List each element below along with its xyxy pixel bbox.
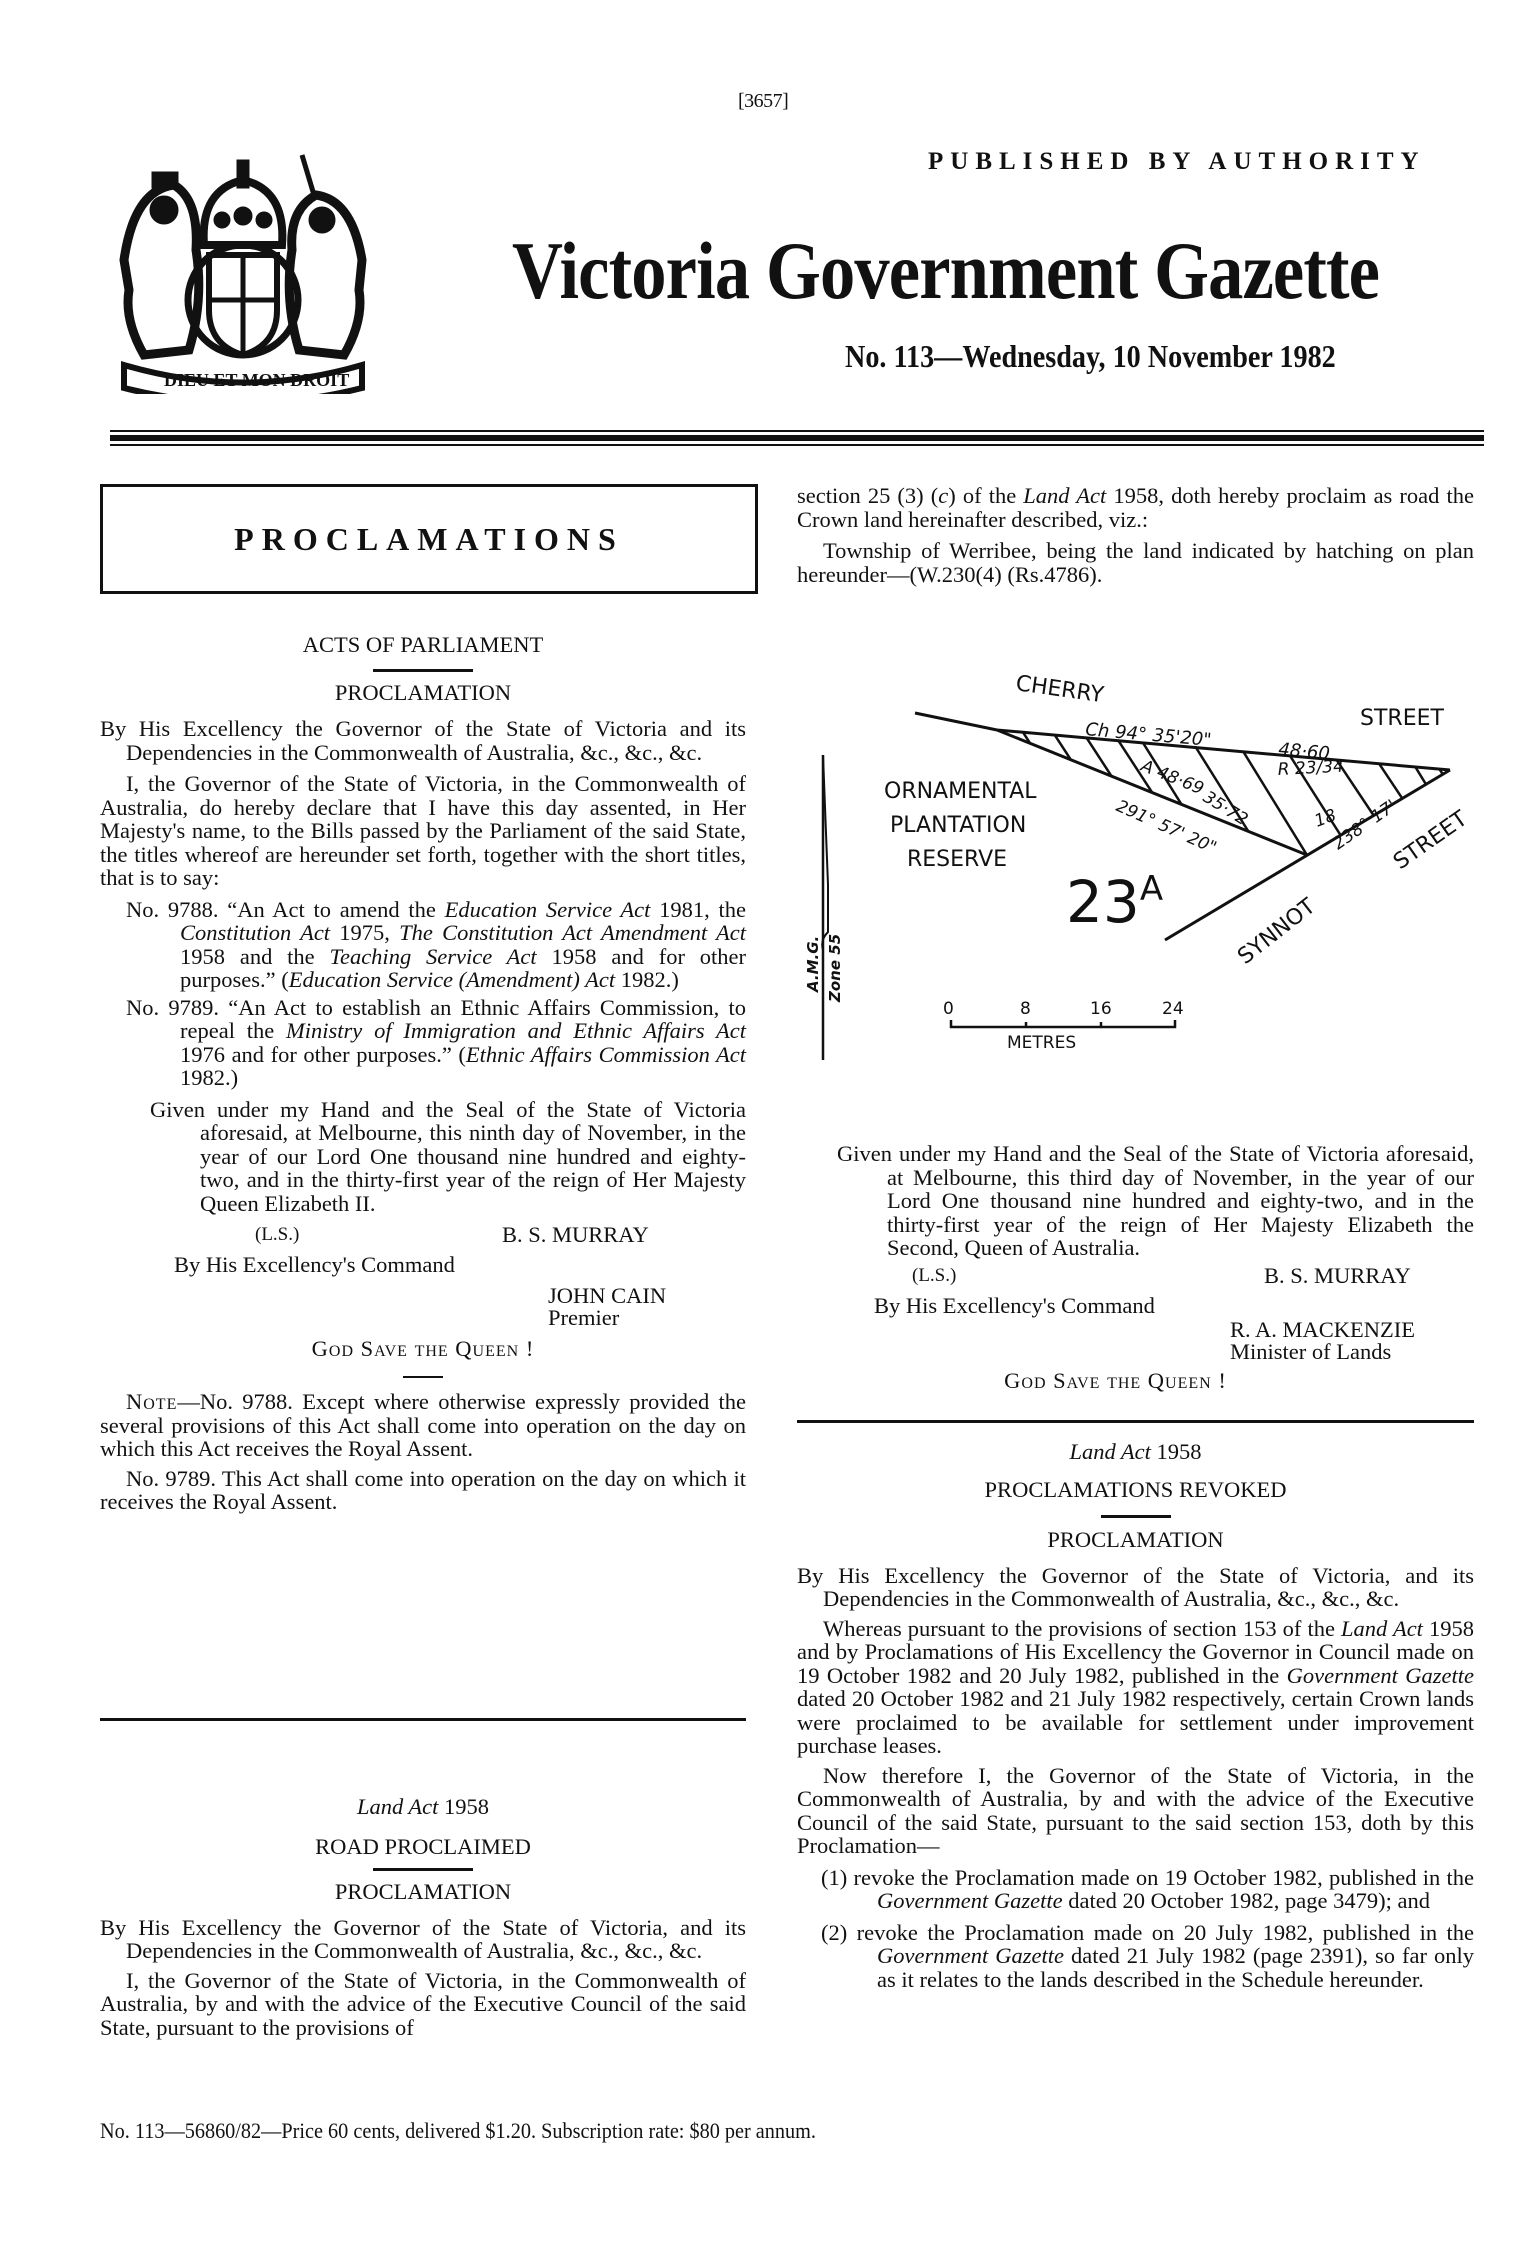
revocation-item-1: (1) revoke the Proclamation made on 19 O… — [797, 1866, 1474, 1913]
act-item-9788: No. 9788. “An Act to amend the Education… — [100, 898, 746, 992]
scale-unit: METRES — [1007, 1033, 1076, 1053]
note-9789: No. 9789. This Act shall come into opera… — [100, 1467, 746, 1514]
masthead-rule-bottom — [110, 444, 1484, 446]
masthead-rule-top — [110, 430, 1484, 432]
section-reference: section 25 (3) (c) of the Land Act 1958,… — [797, 484, 1474, 531]
masthead-rule-thick — [110, 435, 1484, 441]
street-label-street-top: STREET — [1360, 706, 1444, 731]
signatory-title: Minister of Lands — [797, 1341, 1474, 1363]
given-under-hand: Given under my Hand and the Seal of the … — [797, 1142, 1474, 1260]
footer-price-line: No. 113—56860/82—Price 60 cents, deliver… — [100, 2118, 816, 2144]
signatory-name: R. A. MACKENZIE — [797, 1319, 1474, 1341]
bearing-2: 238° 17' — [1329, 796, 1400, 854]
act-reference: Land Act 1958 — [100, 1795, 746, 1819]
heading-proclamations-revoked: PROCLAMATIONS REVOKED — [797, 1478, 1474, 1502]
scale-tick-8: 8 — [1020, 999, 1031, 1019]
chord-bearing: Ch 94° 35'20" — [1085, 719, 1213, 751]
reserve-label-2: PLANTATION — [890, 813, 1026, 838]
declaration: I, the Governor of the State of Victoria… — [100, 772, 746, 890]
act-item-9789: No. 9789. “An Act to establish an Ethnic… — [100, 996, 746, 1090]
command-line: By His Excellency's Command — [797, 1294, 1474, 1318]
whereas-paragraph: Whereas pursuant to the provisions of se… — [797, 1617, 1474, 1758]
divider — [1101, 1515, 1171, 1518]
divider — [373, 669, 473, 672]
street-label-synnot: SYNNOT — [1233, 894, 1321, 970]
governor-name: B. S. MURRAY — [1264, 1264, 1411, 1288]
act-reference: Land Act 1958 — [797, 1440, 1474, 1464]
svg-text:DIEU ET MON DROIT: DIEU ET MON DROIT — [164, 370, 349, 390]
scale-tick-0: 0 — [943, 999, 954, 1019]
god-save-the-queen: God Save the Queen ! — [100, 1337, 746, 1361]
section-divider — [100, 1718, 746, 1721]
now-therefore-paragraph: Now therefore I, the Governor of the Sta… — [797, 1764, 1474, 1858]
road-proclaimed-proclamation: Land Act 1958 ROAD PROCLAIMED PROCLAMATI… — [100, 1795, 746, 2039]
township-description: Township of Werribee, being the land ind… — [797, 539, 1474, 586]
preamble: By His Excellency the Governor of the St… — [100, 717, 746, 764]
royal-coat-of-arms-icon: DIEU ET MON DROIT — [104, 150, 382, 394]
scale-tick-16: 16 — [1090, 999, 1112, 1019]
subheading: PROCLAMATION — [100, 681, 746, 705]
subheading: PROCLAMATION — [100, 1880, 746, 1904]
body: I, the Governor of the State of Victoria… — [100, 1969, 746, 2040]
road-proclaimed-continued: section 25 (3) (c) of the Land Act 1958,… — [797, 484, 1474, 586]
divider — [373, 1868, 473, 1871]
note-9788: Note—No. 9788. Except where otherwise ex… — [100, 1390, 746, 1461]
zone-label: Zone 55 — [826, 934, 844, 1003]
road-plan-map: CHERRY STREET Ch 94° 35'20" 48·60 ORNAME… — [790, 650, 1510, 1070]
given-under-hand: Given under my Hand and the Seal of the … — [100, 1098, 746, 1216]
divider — [403, 1376, 443, 1378]
issue-line: No. 113—Wednesday, 10 November 1982 — [845, 338, 1336, 375]
heading-road-proclaimed: ROAD PROCLAIMED — [100, 1835, 746, 1859]
road-proclaimed-signoff: Given under my Hand and the Seal of the … — [797, 1142, 1474, 1393]
street-label-street-side: STREET — [1389, 806, 1473, 875]
arc-length: A 48·69 — [1137, 756, 1206, 800]
command-line: By His Excellency's Command — [100, 1253, 746, 1277]
preamble: By His Excellency the Governor of the St… — [797, 1564, 1474, 1611]
signature-row: (L.S.) B. S. MURRAY — [797, 1264, 1474, 1294]
subheading: PROCLAMATION — [797, 1528, 1474, 1552]
signature-row: (L.S.) B. S. MURRAY — [100, 1223, 746, 1253]
amg-label: A.M.G. — [804, 936, 822, 993]
section-title: PROCLAMATIONS — [234, 521, 624, 558]
reserve-label-3: RESERVE — [907, 847, 1007, 872]
governor-name: B. S. MURRAY — [502, 1223, 649, 1247]
signatory-name: JOHN CAIN — [100, 1285, 746, 1307]
seal-mark: (L.S.) — [255, 1223, 299, 1247]
proclamations-revoked: Land Act 1958 PROCLAMATIONS REVOKED PROC… — [797, 1440, 1474, 1991]
allotment-number: 23A — [1066, 868, 1163, 936]
reserve-label-1: ORNAMENTAL — [884, 779, 1037, 804]
gazette-title: Victoria Government Gazette — [512, 224, 1379, 318]
scale-tick-24: 24 — [1162, 999, 1184, 1019]
heading-acts: ACTS OF PARLIAMENT — [100, 633, 746, 657]
page-number: [3657] — [738, 90, 788, 113]
section-box: PROCLAMATIONS — [100, 484, 758, 594]
revocation-item-2: (2) revoke the Proclamation made on 20 J… — [797, 1921, 1474, 1992]
section-divider — [797, 1420, 1474, 1423]
published-by-authority: PUBLISHED BY AUTHORITY — [928, 148, 1426, 176]
god-save-the-queen: God Save the Queen ! — [797, 1369, 1474, 1393]
acts-of-parliament-proclamation: ACTS OF PARLIAMENT PROCLAMATION By His E… — [100, 633, 746, 1514]
street-label-cherry: CHERRY — [1014, 671, 1106, 708]
seal-mark: (L.S.) — [912, 1264, 956, 1288]
radius: R 23/34 — [1277, 757, 1344, 780]
signatory-title: Premier — [100, 1307, 746, 1329]
preamble: By His Excellency the Governor of the St… — [100, 1916, 746, 1963]
